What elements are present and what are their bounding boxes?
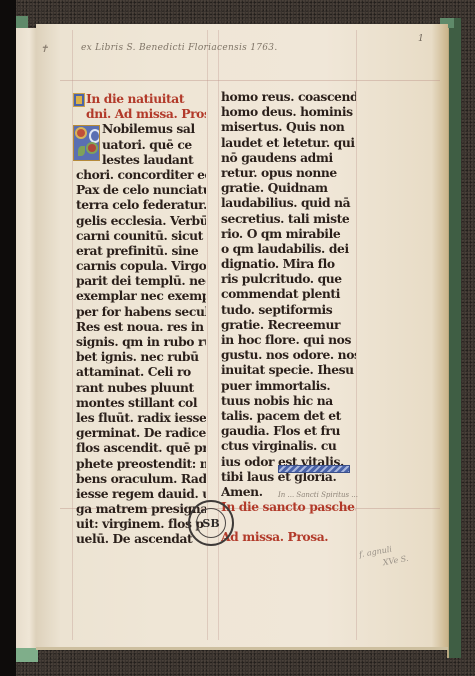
- text-line: laudet et letetur. qui: [221, 135, 356, 150]
- text-line: retur. opus nonne: [221, 165, 356, 180]
- marginal-note: In ... Sancti Spiritus ...: [278, 491, 358, 499]
- text-line: homo deus. hominis: [221, 104, 356, 119]
- text-line: secretius. tali miste: [221, 211, 356, 226]
- text-line: carni counitū. sicut: [76, 228, 206, 243]
- text-line: uelū. De ascendat: [76, 531, 206, 546]
- text-line: gratie. Quidnam: [221, 180, 356, 195]
- text-line: Ad missa. Prosa.: [221, 529, 356, 544]
- text-line: laudabilius. quid nā: [221, 195, 356, 210]
- text-line: dni. Ad missa. Prosa.: [76, 106, 206, 121]
- text-line: In die sancto pasche.: [221, 499, 356, 514]
- text-line: ctus virginalis. cu: [221, 438, 356, 453]
- text-line: per for habens secula.: [76, 304, 206, 319]
- text-line: homo reus. coascendit: [221, 89, 356, 104]
- binding-corner-bottom: [16, 648, 38, 662]
- text-line: gaudia. Flos et fru: [221, 423, 356, 438]
- text-line: chori. concorditer ecclesia.: [76, 167, 206, 182]
- text-line: uit: virginem. flos p: [76, 516, 206, 531]
- binding-stub: [16, 28, 38, 650]
- text-line: erat prefinitū. sine: [76, 243, 206, 258]
- stamp-monogram: SB: [196, 508, 226, 538]
- text-line: In die natiuitat: [76, 91, 206, 106]
- text-line: dignatio. Mira flo: [221, 256, 356, 271]
- text-line: puer immortalis.: [221, 378, 356, 393]
- text-line: [221, 514, 356, 529]
- text-column-left: In die natiuitatdni. Ad missa. Prosa.Nob…: [76, 91, 206, 547]
- text-line: phete preostendit: nu: [76, 456, 206, 471]
- text-line: attaminat. Celi ro: [76, 364, 206, 379]
- text-line: Nobilemus sal: [76, 121, 206, 136]
- corner-mark: ✝: [40, 44, 48, 55]
- text-line: uatori. quē ce: [76, 137, 206, 152]
- left-shadow: [0, 0, 16, 676]
- text-line: carnis copula. Virgo: [76, 258, 206, 273]
- text-line: gustu. nos odore. nos: [221, 347, 356, 362]
- text-line: signis. qm in rubo ru: [76, 334, 206, 349]
- text-line: nō gaudens admi: [221, 150, 356, 165]
- text-line: talis. pacem det et: [221, 408, 356, 423]
- ex-libris-inscription: ex Libris S. Benedicti Floriacensis 1763…: [81, 43, 278, 53]
- text-line: ga matrem presignat: [76, 501, 206, 516]
- text-line: commendat plenti: [221, 286, 356, 301]
- ruling-line-top: [60, 80, 440, 81]
- library-stamp: BIBLIOTHECA · SANCTI BENEDICTI SB: [188, 500, 234, 546]
- text-line: tudo. septiformis: [221, 302, 356, 317]
- text-line: misertus. Quis non: [221, 119, 356, 134]
- text-line: inuitat specie. Ihesu: [221, 362, 356, 377]
- ruling-line-left: [72, 30, 73, 640]
- text-line: bens oraculum. Radix: [76, 471, 206, 486]
- text-line: o qm laudabilis. dei: [221, 241, 356, 256]
- text-line: gratie. Recreemur: [221, 317, 356, 332]
- text-line: tuus nobis hic na: [221, 393, 356, 408]
- text-column-right: homo reus. coascendithomo deus. hominism…: [221, 89, 356, 545]
- text-line: exemplar nec exemplū:: [76, 288, 206, 303]
- ruling-line-right: [356, 30, 357, 640]
- text-line: montes stillant col: [76, 395, 206, 410]
- text-line: rio. O qm mirabile: [221, 226, 356, 241]
- ruling-line-mid-left: [207, 30, 208, 640]
- binding-board-right: [447, 18, 461, 658]
- text-line: ris pulcritudo. que: [221, 271, 356, 286]
- text-line: iesse regem dauid. uir: [76, 486, 206, 501]
- text-line: lestes laudant: [76, 152, 206, 167]
- text-line: Pax de celo nunciatur.: [76, 182, 206, 197]
- text-line: Res est noua. res in: [76, 319, 206, 334]
- folio-number: 1: [418, 34, 424, 44]
- text-line: parit dei templū. nec: [76, 273, 206, 288]
- text-line: flos ascendit. quē pro: [76, 440, 206, 455]
- ruling-line-mid-right: [218, 30, 219, 640]
- text-line: germinat. De radice: [76, 425, 206, 440]
- text-line: gelis ecclesia. Verbū: [76, 213, 206, 228]
- text-line: les fluūt. radix iesse: [76, 410, 206, 425]
- text-line: bet ignis. nec rubū: [76, 349, 206, 364]
- line-filler-ornament: [278, 465, 350, 473]
- text-line: rant nubes pluunt: [76, 380, 206, 395]
- text-line: terra celo federatur. a: [76, 197, 206, 212]
- text-line: in hoc flore. qui nos: [221, 332, 356, 347]
